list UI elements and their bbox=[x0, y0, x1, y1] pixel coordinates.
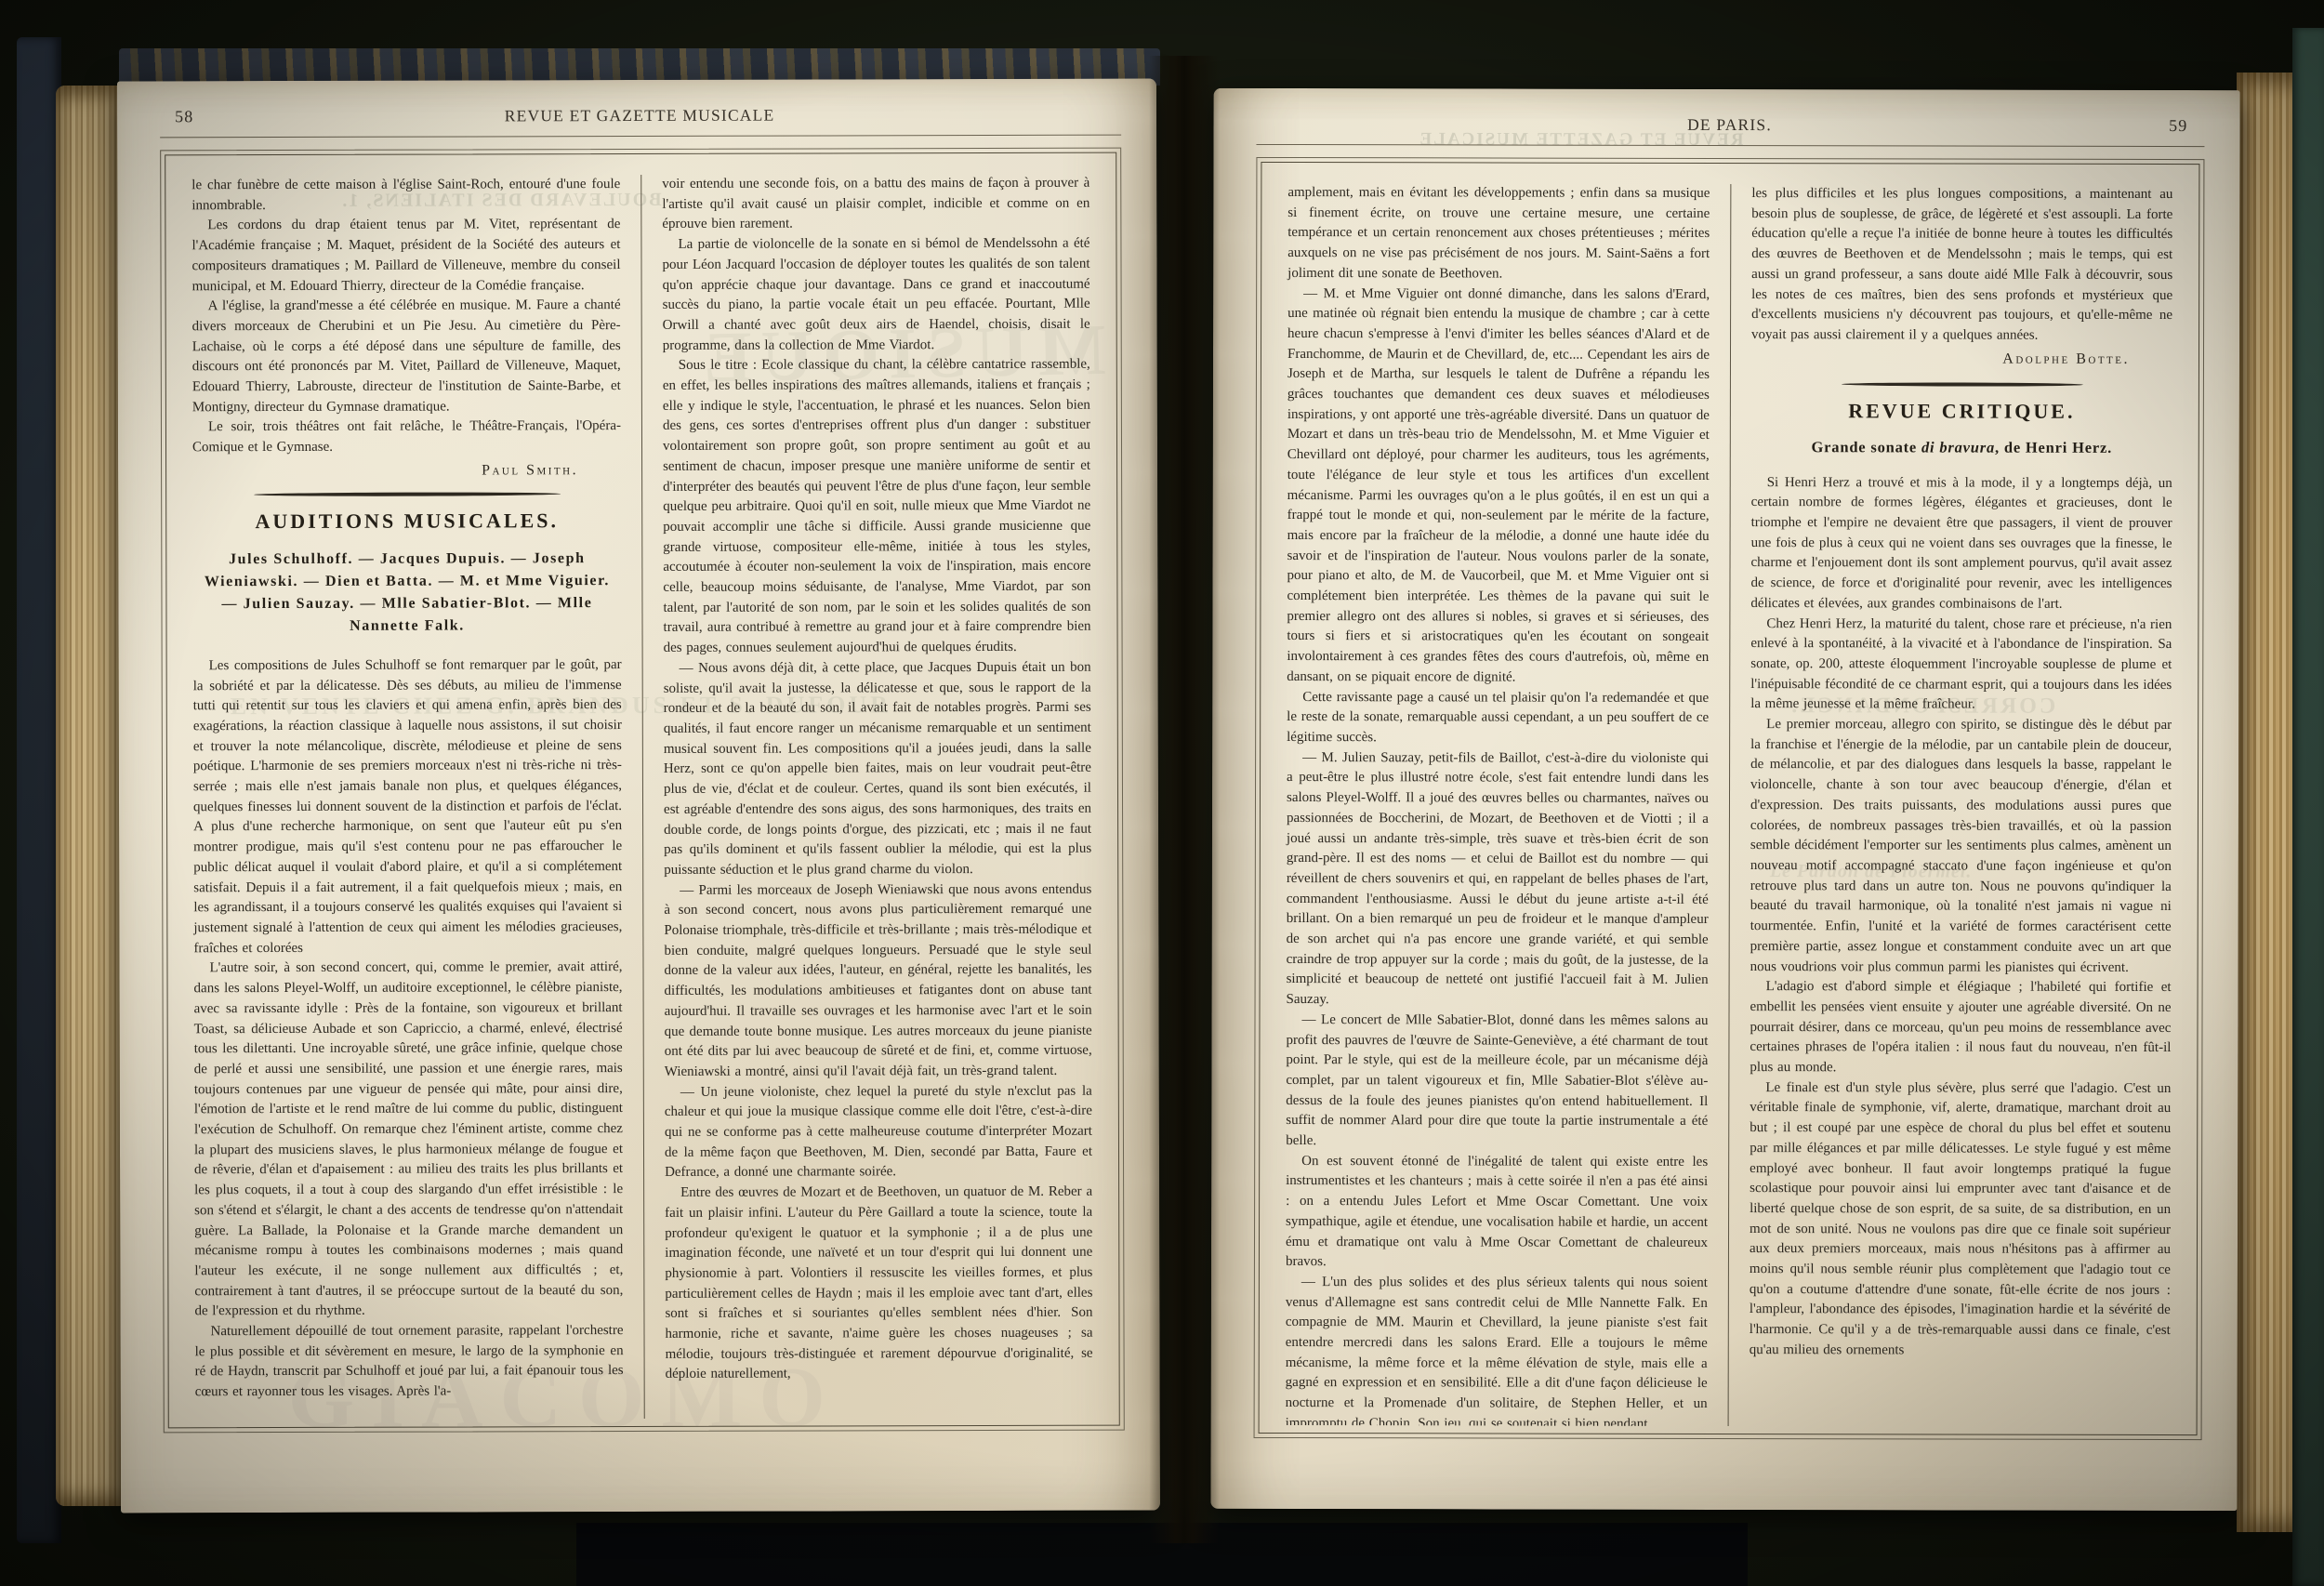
author-signature: Adolphe Botte. bbox=[1751, 350, 2172, 368]
paragraph: Sous le titre : Ecole classique du chant… bbox=[663, 355, 1091, 659]
paragraph: le char funèbre de cette maison à l'égli… bbox=[191, 175, 620, 217]
right-page-column-1: amplement, mais en évitant les développe… bbox=[1265, 183, 1731, 1426]
paragraph: Les compositions de Jules Schulhoff se f… bbox=[193, 655, 623, 959]
paragraph: La partie de violoncelle de la sonate en… bbox=[662, 234, 1089, 356]
article-subtitle-part: , de Henri Herz. bbox=[1995, 438, 2112, 456]
section-heading: REVUE CRITIQUE. bbox=[1751, 399, 2172, 424]
right-page-column-2: les plus difficiles et les plus longues … bbox=[1728, 184, 2194, 1427]
paragraph: Chez Henri Herz, la maturité du talent, … bbox=[1750, 615, 2172, 716]
paragraph: — L'un des plus solides et des plus séri… bbox=[1286, 1273, 1708, 1426]
printed-frame: amplement, mais en évitant les développe… bbox=[1254, 157, 2205, 1440]
paragraph: A l'église, la grand'messe a été célébré… bbox=[192, 296, 621, 417]
paragraph: On est souvent étonné de l'inégalité de … bbox=[1286, 1152, 1708, 1274]
paragraph: — M. Julien Sauzay, petit-fils de Baillo… bbox=[1287, 748, 1710, 1011]
paragraph: — M. et Mme Viguier ont donné dimanche, … bbox=[1287, 284, 1710, 689]
header-rule bbox=[160, 135, 1121, 139]
paragraph: voir entendu une seconde fois, on a batt… bbox=[662, 174, 1089, 235]
author-signature: Paul Smith. bbox=[192, 462, 621, 480]
running-title: REVUE ET GAZETTE MUSICALE bbox=[162, 105, 1117, 127]
page-header: DE PARIS. 59 bbox=[1258, 114, 2200, 140]
paragraph: Le soir, trois théâtres ont fait relâche… bbox=[192, 416, 621, 458]
paragraph: Cette ravissante page a causé un tel pla… bbox=[1287, 688, 1709, 749]
paragraph: Les cordons du drap étaient tenus par M.… bbox=[191, 215, 620, 297]
page-right: REVUE ET GAZETTE MUSICALE CORRESPONDANCE… bbox=[1210, 88, 2239, 1511]
section-divider bbox=[1841, 382, 2082, 387]
section-heading: AUDITIONS MUSICALES. bbox=[192, 509, 621, 534]
article-subtitle-part: Grande sonate bbox=[1812, 438, 1921, 456]
header-rule bbox=[1256, 144, 2204, 147]
paragraph: Entre des œuvres de Mozart et de Beethov… bbox=[665, 1183, 1093, 1385]
paragraph: Le premier morceau, allegro con spirito,… bbox=[1750, 715, 2172, 978]
paragraph: Si Henri Herz a trouvé et mis à la mode,… bbox=[1750, 473, 2172, 615]
page-header: 58 REVUE ET GAZETTE MUSICALE bbox=[162, 105, 1117, 132]
page-number: 59 bbox=[2169, 116, 2187, 136]
book-cover-left-edge bbox=[17, 37, 61, 1543]
paragraph: — Nous avons déjà dit, à cette place, qu… bbox=[664, 658, 1092, 881]
paragraph: Naturellement dépouillé de tout ornement… bbox=[194, 1321, 623, 1403]
paragraph: L'autre soir, à son second concert, qui,… bbox=[193, 958, 623, 1322]
page-left: BOULEVARD DES ITALIENS, 1. MUSIQUE EN VE… bbox=[117, 79, 1160, 1513]
book-cover-right-edge bbox=[2292, 28, 2324, 1586]
article-subtitle: Grande sonate di bravura, de Henri Herz. bbox=[1755, 438, 2169, 457]
paragraph: Le finale est d'un style plus sévère, pl… bbox=[1750, 1078, 2172, 1362]
book-gutter-shadow bbox=[1149, 56, 1220, 1543]
running-title: DE PARIS. bbox=[1258, 114, 2200, 136]
left-page-column-2: voir entendu une seconde fois, on a batt… bbox=[640, 174, 1114, 1419]
section-divider bbox=[254, 492, 561, 496]
article-subtitle-italic: di bravura bbox=[1921, 438, 1995, 456]
paragraph: les plus difficiles et les plus longues … bbox=[1751, 184, 2172, 347]
book-scan: { "palette": { "page_paper": "#eae3d0", … bbox=[0, 0, 2324, 1586]
paragraph: — Un jeune violoniste, chez lequel la pu… bbox=[665, 1081, 1092, 1183]
paragraph: amplement, mais en évitant les développe… bbox=[1287, 183, 1710, 284]
page-edges-left-stack bbox=[56, 86, 123, 1506]
paragraph: — Le concert de Mlle Sabatier-Blot, donn… bbox=[1286, 1011, 1708, 1153]
left-page-column-1: le char funèbre de cette maison à l'égli… bbox=[171, 175, 644, 1420]
paragraph: L'adagio est d'abord simple et élégiaque… bbox=[1750, 977, 2171, 1078]
printed-frame: le char funèbre de cette maison à l'égli… bbox=[160, 148, 1125, 1434]
section-subtitle: Jules Schulhoff. — Jacques Dupuis. — Jos… bbox=[196, 548, 617, 638]
paragraph: — Parmi les morceaux de Joseph Wieniawsk… bbox=[664, 879, 1092, 1082]
